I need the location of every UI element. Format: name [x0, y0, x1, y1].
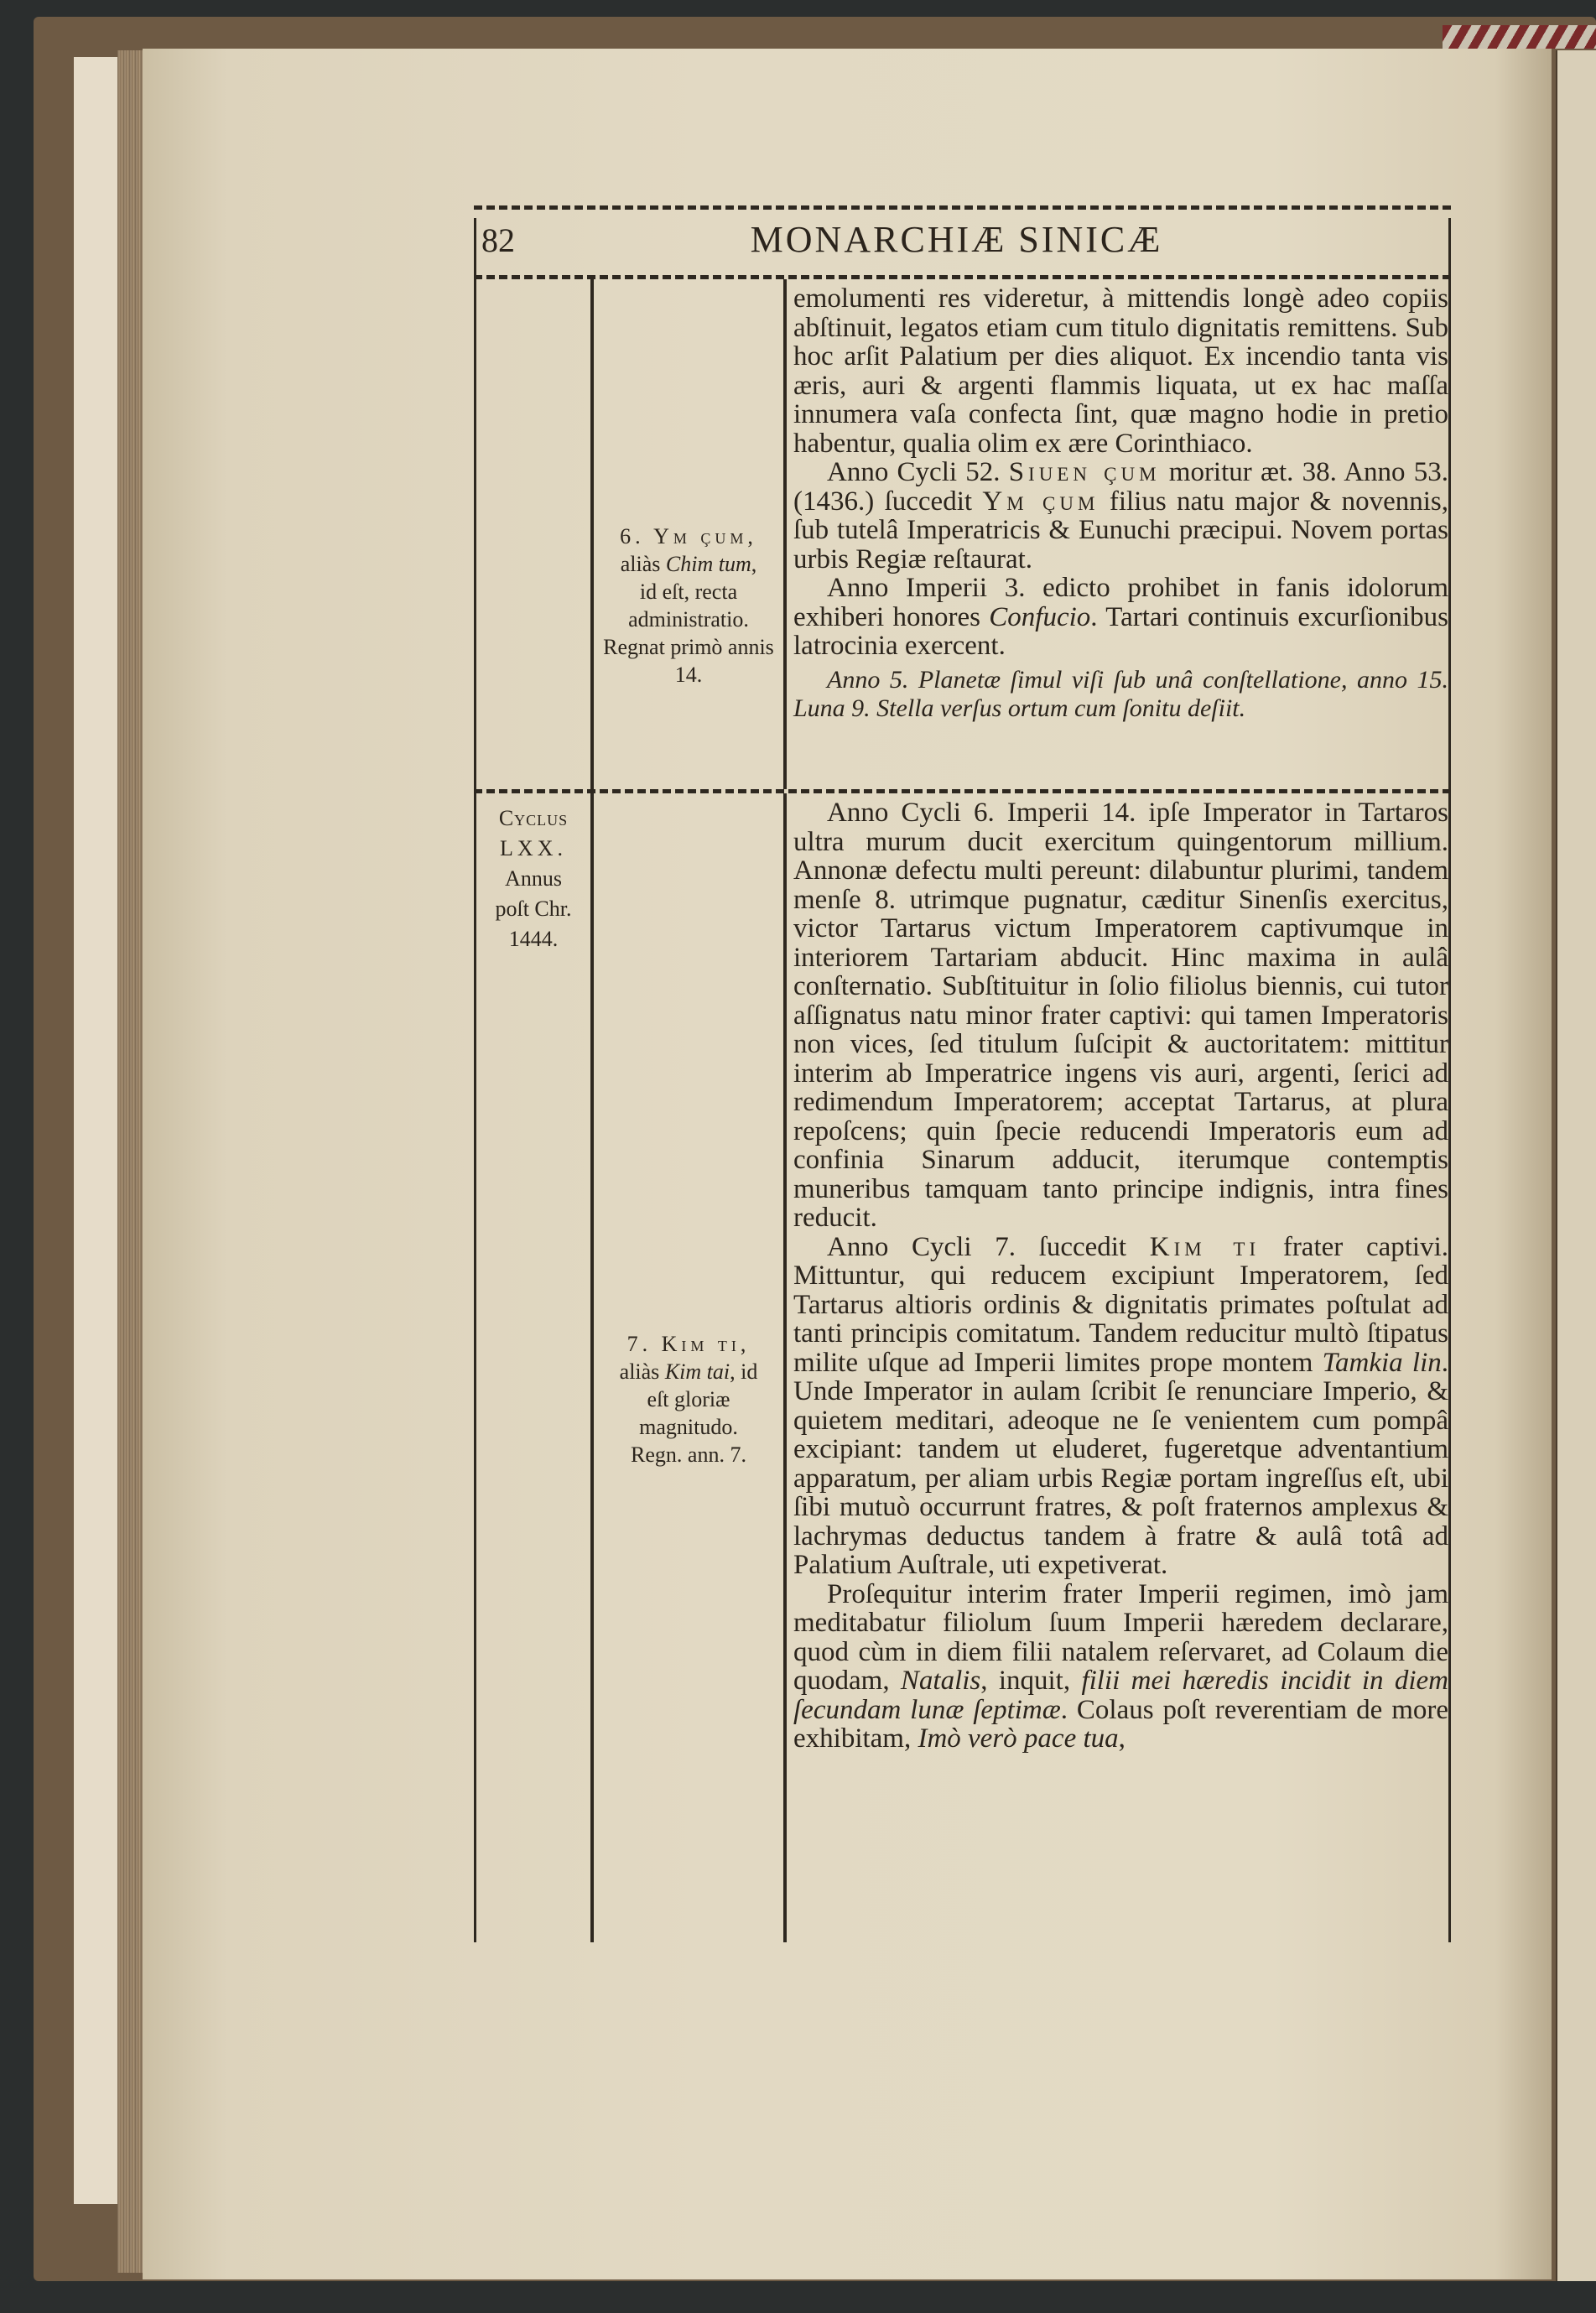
text-run: Anno Cycli 7. ſuccedit — [827, 1232, 1150, 1262]
headband — [1443, 25, 1596, 49]
chronicle-section-2: Cyclus LXX. Annus poſt Chr. 1444. 7. Kim… — [474, 793, 1451, 1942]
cycle-year: 1444. — [480, 924, 587, 954]
cycle-column — [476, 279, 594, 789]
cycle-annus: Annus — [480, 864, 587, 894]
cycle-label: Cyclus — [480, 803, 587, 834]
emperor-entry: 6. Ym çum, aliàs Chim tum, id eſt, recta… — [599, 522, 778, 689]
page-number: 82 — [481, 221, 599, 260]
alias-name: Chim tum — [666, 552, 751, 576]
emperor-name-inline: Ym çum — [982, 486, 1099, 517]
italic-run: Natalis — [901, 1666, 980, 1696]
emperor-gloss: id eſt, recta administratio. — [599, 578, 778, 633]
chronicle-section-1: 6. Ym çum, aliàs Chim tum, id eſt, recta… — [474, 279, 1451, 789]
cycle-number: LXX. — [480, 834, 587, 864]
text-run: , — [1119, 1723, 1126, 1754]
emperor-name-inline: Siuen çum — [1009, 457, 1161, 487]
endpaper — [74, 57, 124, 2204]
emperor-alias: aliàs Chim tum, — [599, 550, 778, 578]
emperor-gloss: eſt gloriæ magnitudo. — [599, 1385, 778, 1441]
cycle-column: Cyclus LXX. Annus poſt Chr. 1444. — [476, 793, 594, 1942]
emperor-reign: Regn. ann. 7. — [599, 1441, 778, 1468]
cycle-entry: Cyclus LXX. Annus poſt Chr. 1444. — [480, 803, 587, 954]
cycle-post: poſt Chr. — [480, 894, 587, 924]
paragraph: Anno Cycli 52. Siuen çum moritur æt. 38.… — [793, 458, 1448, 574]
place-name: Tamkia lin — [1323, 1348, 1442, 1378]
paragraph: Anno Imperii 3. edicto prohibet in fanis… — [793, 574, 1448, 661]
emperor-column: 6. Ym çum, aliàs Chim tum, id eſt, recta… — [594, 279, 787, 789]
paragraph: Anno Cycli 6. Imperii 14. ipſe Imperator… — [793, 798, 1448, 1233]
emperor-name: 7. Kim ti, — [599, 1330, 778, 1358]
page-content: 82 MONARCHIÆ SINICÆ 6. Ym çum, aliàs Chi… — [474, 205, 1451, 1942]
text-run: , inquit, — [980, 1666, 1081, 1696]
running-head: MONARCHIÆ SINICÆ — [599, 218, 1314, 261]
text-column: emolumenti res videretur, à mittendis lo… — [787, 279, 1448, 789]
text-run: Anno Cycli 52. — [827, 457, 1009, 487]
astronomical-note: Anno 5. Planetæ ſimul viſi ſub unâ conſt… — [793, 666, 1448, 724]
paragraph: Anno Cycli 7. ſuccedit Kim ti frater cap… — [793, 1233, 1448, 1580]
paragraph: Proſequitur interim frater Imperii regim… — [793, 1580, 1448, 1754]
text-run: . Unde Imperator in aulam ſcribit ſe ren… — [793, 1348, 1448, 1581]
emperor-column: 7. Kim ti, aliàs Kim tai, id eſt gloriæ … — [594, 793, 787, 1942]
emperor-name-inline: Kim ti — [1150, 1232, 1260, 1262]
italic-run: Imò verò pace tua — [918, 1723, 1118, 1754]
text-column: Anno Cycli 6. Imperii 14. ipſe Imperator… — [787, 793, 1448, 1942]
page-header: 82 MONARCHIÆ SINICÆ — [474, 218, 1451, 275]
paragraph: emolumenti res videretur, à mittendis lo… — [793, 284, 1448, 458]
alias-prefix: aliàs — [620, 1359, 660, 1384]
top-rule — [474, 205, 1451, 210]
emperor-reign: Regnat primò annis 14. — [599, 633, 778, 689]
alias-prefix: aliàs — [621, 552, 661, 576]
facing-page-edge — [1556, 50, 1596, 2281]
emperor-alias: aliàs Kim tai, id — [599, 1358, 778, 1385]
alias-name: Kim tai — [665, 1359, 730, 1384]
italic-name: Confucio — [989, 602, 1090, 632]
emperor-entry: 7. Kim ti, aliàs Kim tai, id eſt gloriæ … — [599, 1330, 778, 1468]
alias-suffix: , — [751, 552, 757, 576]
emperor-name: 6. Ym çum, — [599, 522, 778, 550]
alias-suffix: , id — [730, 1359, 757, 1384]
